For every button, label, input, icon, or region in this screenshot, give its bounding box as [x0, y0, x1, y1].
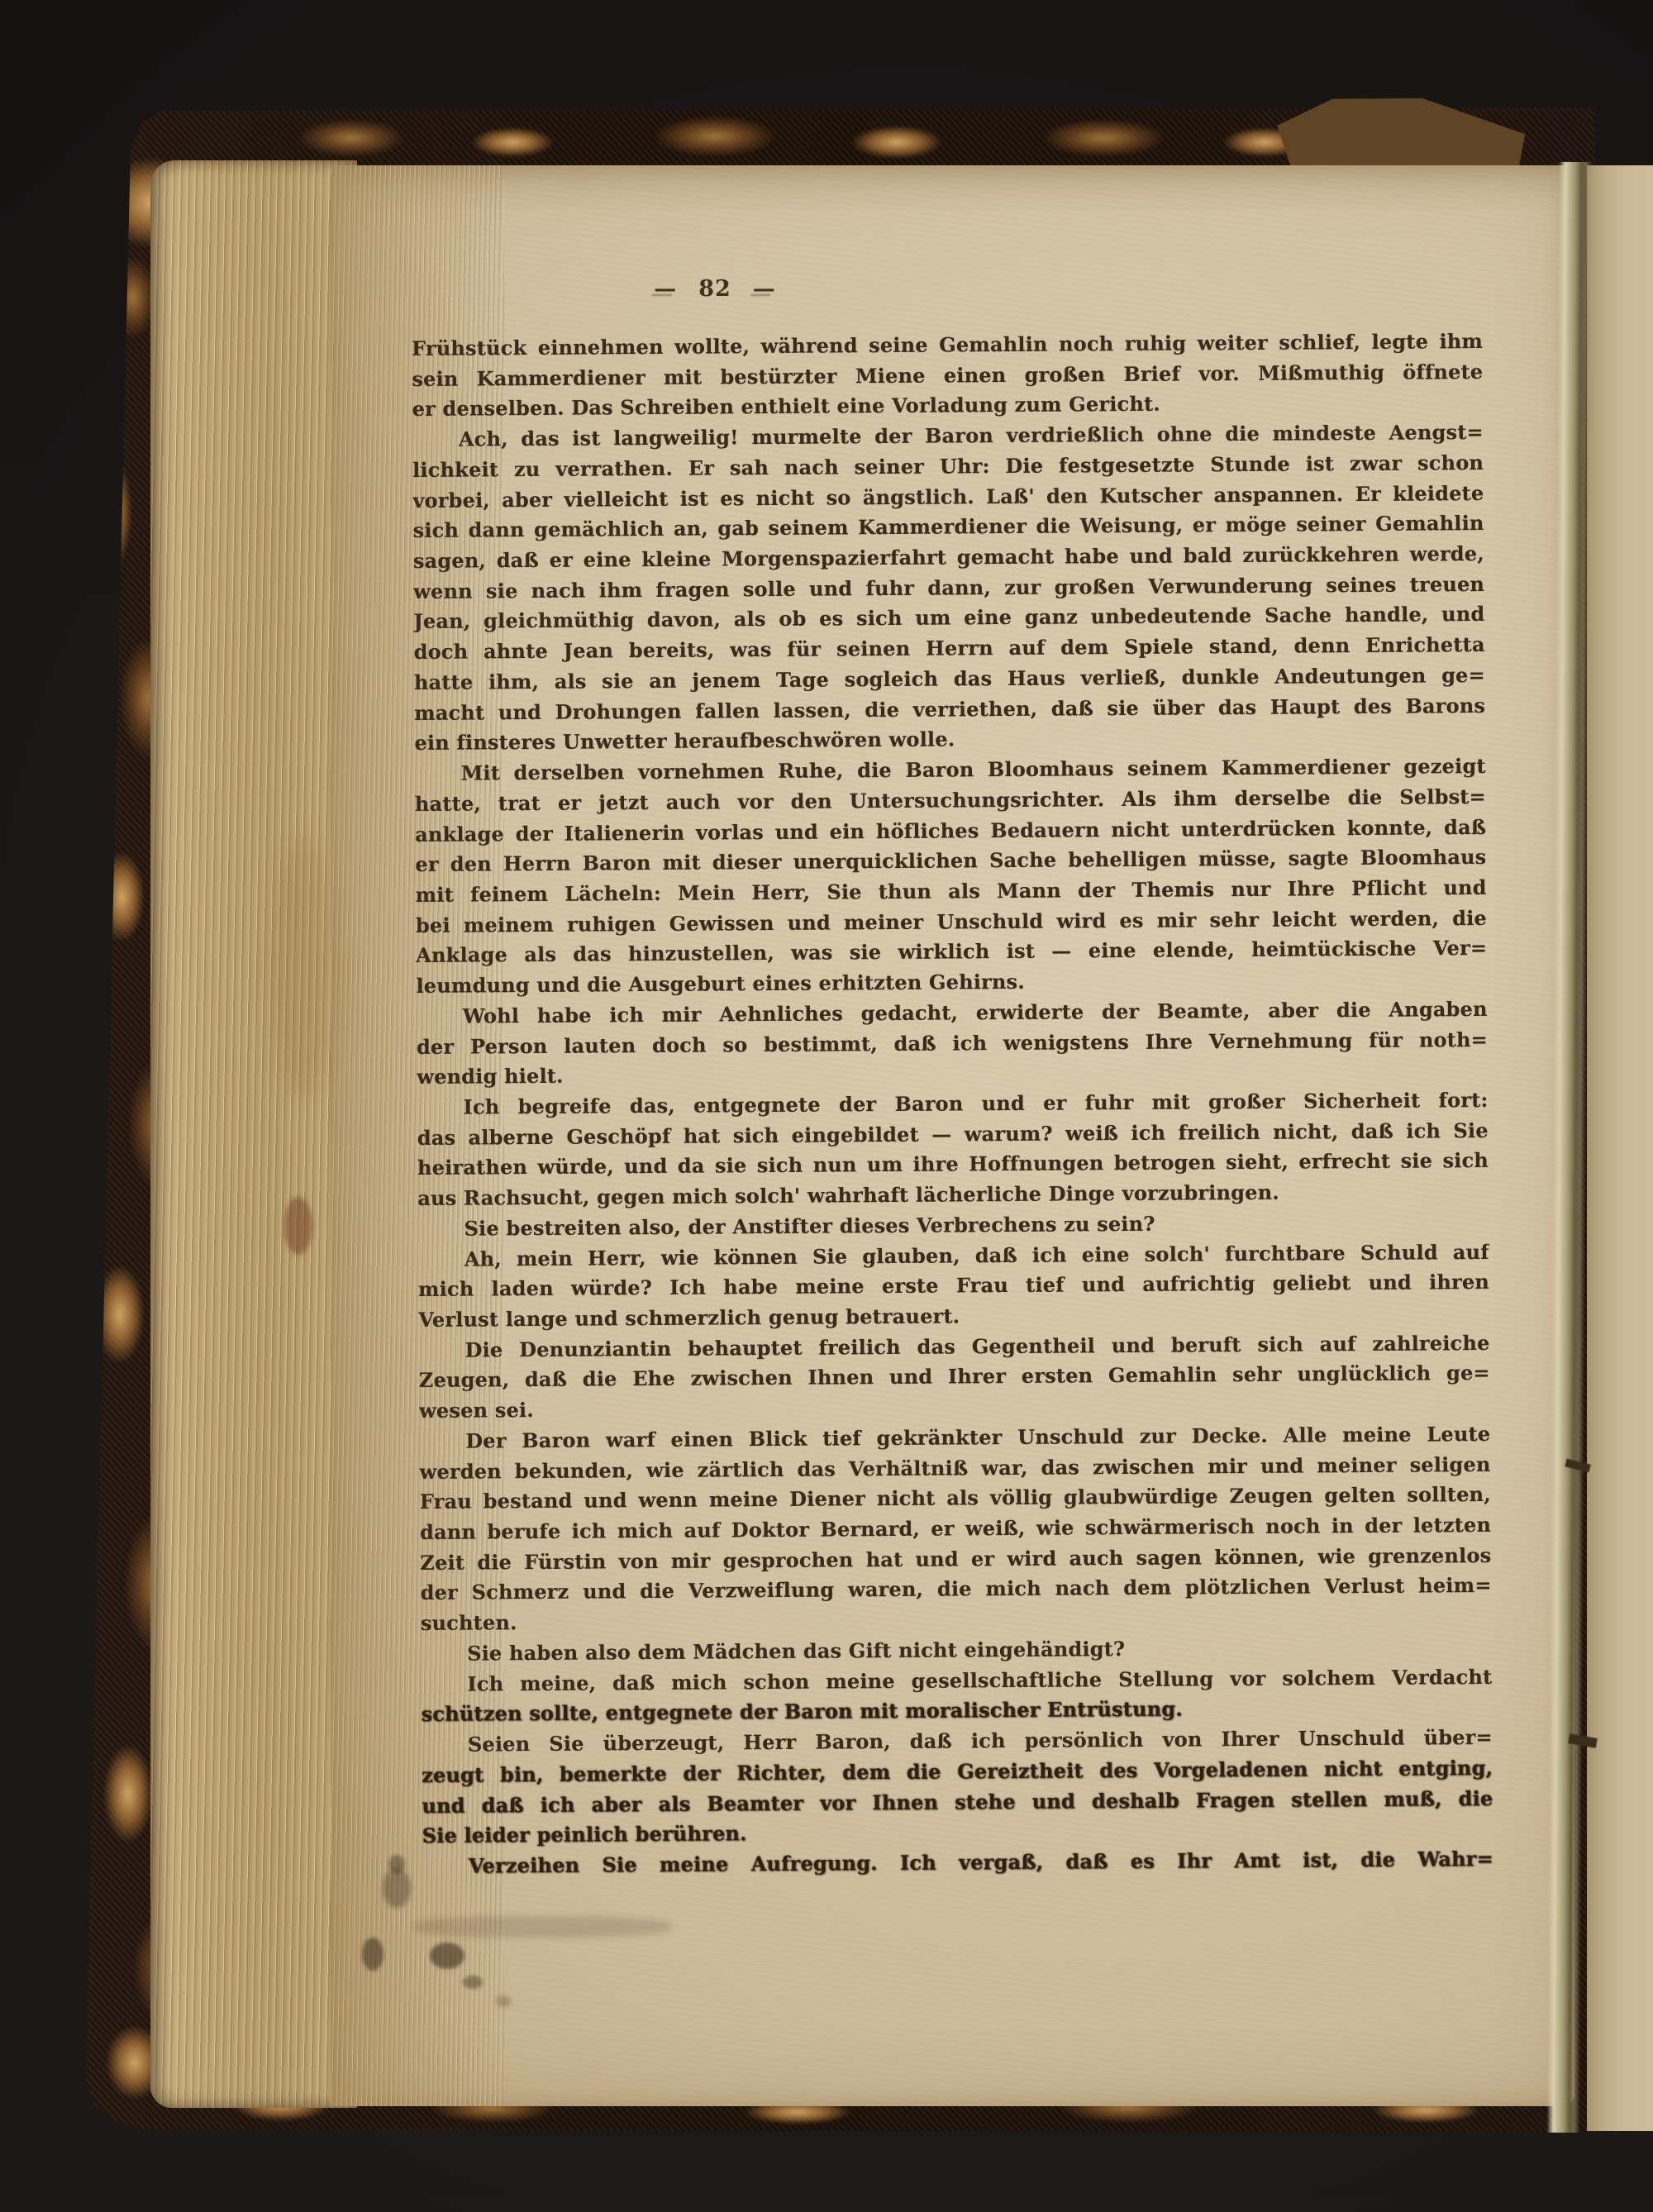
marble-spot [851, 126, 942, 159]
ink-smudge [430, 1943, 464, 1969]
marble-spot [103, 1744, 153, 1843]
marble-spot [1041, 119, 1165, 157]
ink-smudge [413, 1916, 671, 1938]
paper-stain [273, 835, 334, 1099]
marble-spot [107, 256, 157, 339]
marble-spot [91, 455, 132, 570]
ink-smudge [388, 1855, 405, 1873]
photo-backdrop: —82— Frühstück einnehmen wollte, während… [0, 0, 1653, 2212]
ink-smudge [496, 1995, 511, 2007]
facing-page-edge [1587, 165, 1653, 2131]
header-dash-right: — [753, 276, 776, 302]
page-stack-edges [150, 160, 357, 2108]
marble-spot [471, 127, 554, 157]
marble-spot [99, 851, 145, 942]
marble-spot [95, 1265, 145, 1364]
text-column: Frühstück einnehmen wollte, während sein… [412, 327, 1493, 1882]
paper-stain [284, 1197, 312, 1255]
page-number: 82 [698, 276, 731, 302]
marble-spot [653, 116, 777, 157]
page-header: —82— [413, 276, 1017, 302]
ink-smudge [362, 1938, 383, 1971]
ink-smudge [383, 1868, 411, 1908]
marble-spot [298, 119, 405, 157]
ink-smudge [463, 1976, 483, 1989]
header-dash-left: — [654, 276, 677, 302]
